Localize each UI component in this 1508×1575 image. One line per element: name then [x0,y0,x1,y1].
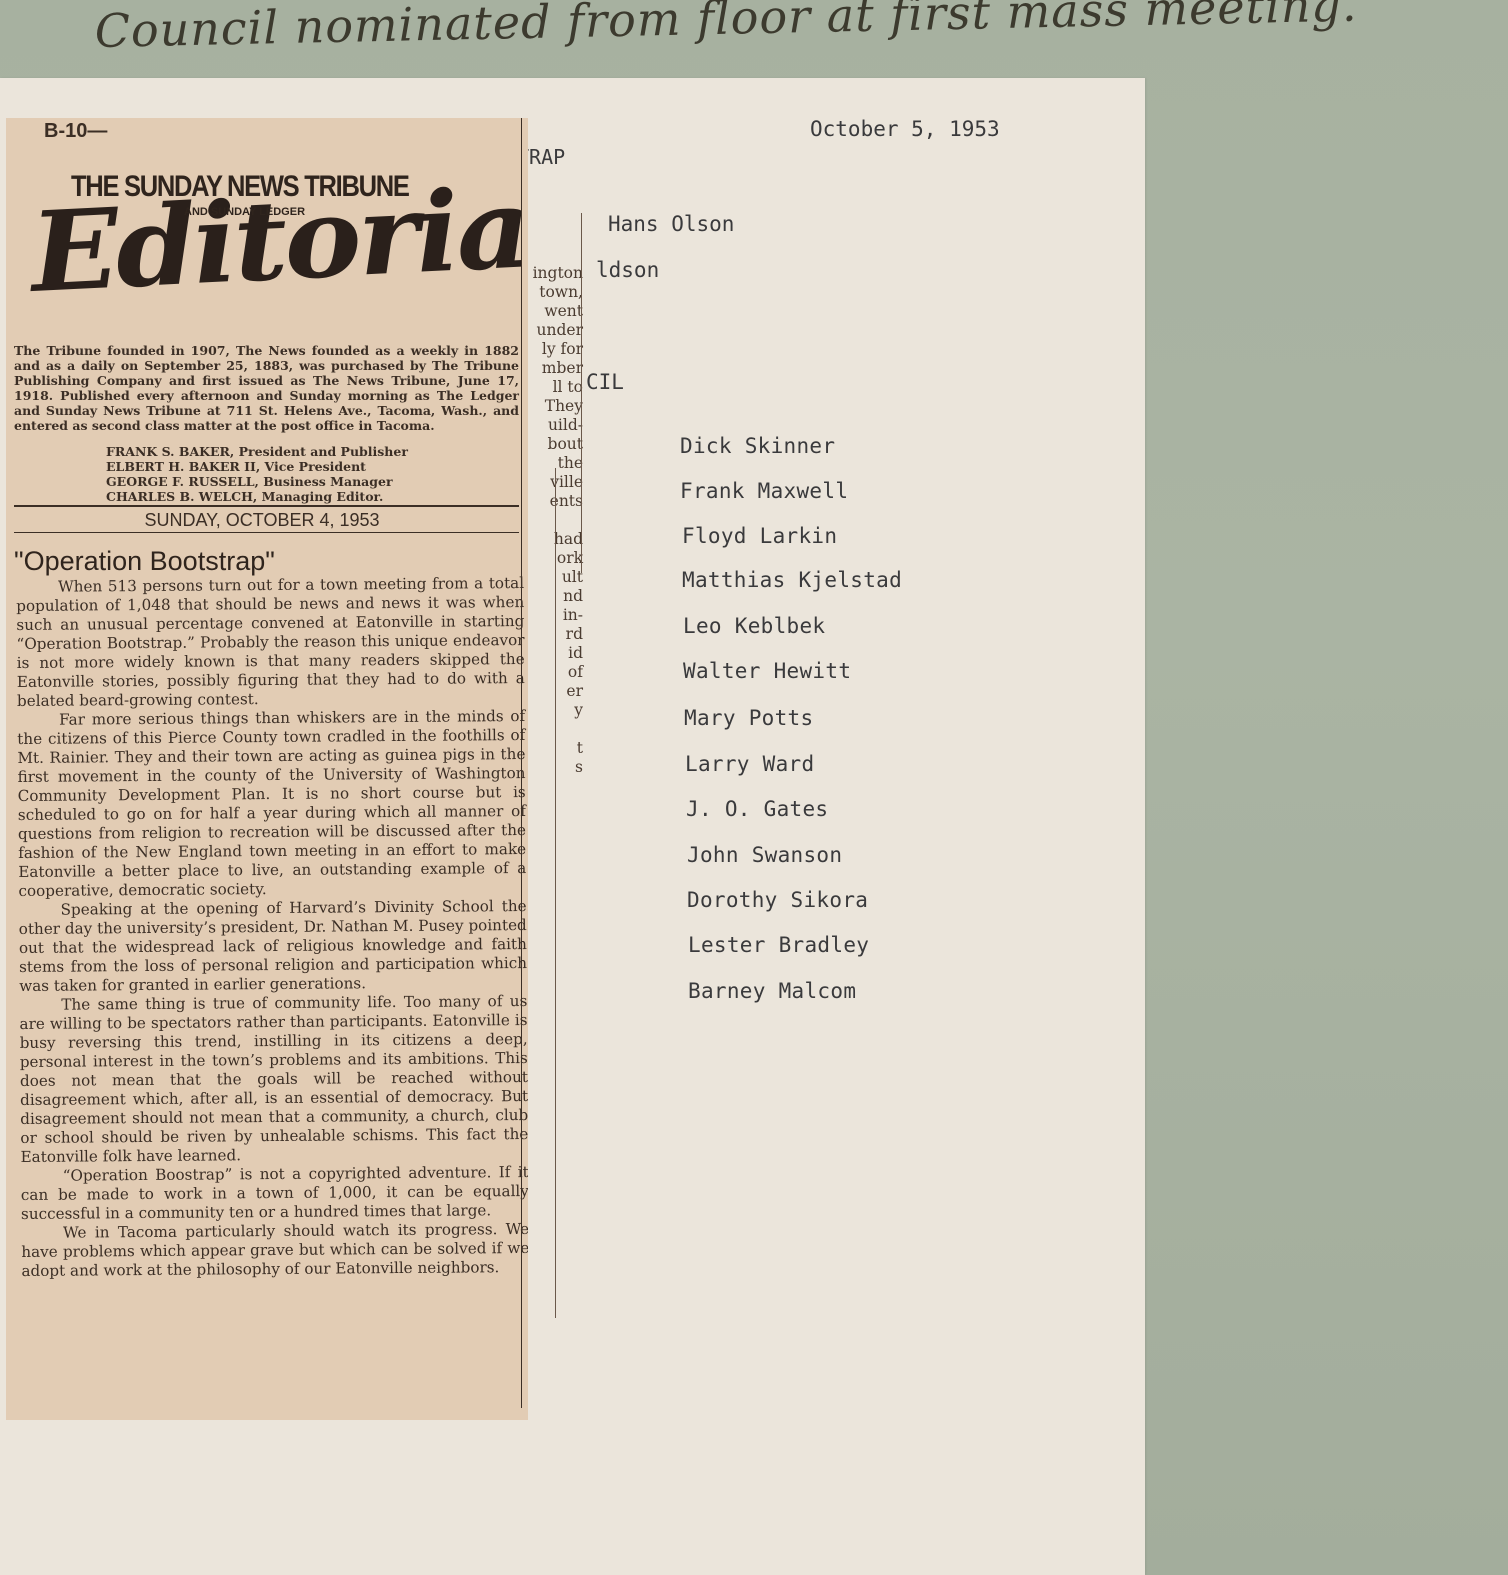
adjacent-fragment [533,853,583,872]
staff-line: ELBERT H. BAKER II, Vice President [106,459,408,474]
adjacent-fragment [533,834,583,853]
adjacent-fragment: They [533,397,583,416]
adjacent-fragment: in- [533,606,583,625]
column-rule [521,118,522,1408]
council-name: Leo Keblbek [683,614,825,638]
paragraph: We in Tacoma particularly should watch i… [21,1220,528,1281]
adjacent-fragment: uild- [533,416,583,435]
adjacent-fragment: ll to [533,378,583,397]
adjacent-fragment: ville [533,473,583,492]
adjacent-column-fragments: ingtontown,wentunderly formberll toTheyu… [517,118,597,1318]
adjacent-fragment [533,511,583,530]
council-name: J. O. Gates [686,797,828,821]
council-name: Larry Ward [685,752,814,776]
council-name: Lester Bradley [688,933,869,957]
dateline: SUNDAY, OCTOBER 4, 1953 [6,510,518,531]
adjacent-fragment: y [533,701,583,720]
adjacent-fragment [533,796,583,815]
council-name: Frank Maxwell [680,479,848,503]
adjacent-column-text: ingtontown,wentunderly formberll toTheyu… [533,264,583,929]
adjacent-fragment: went [533,302,583,321]
adjacent-fragment [533,815,583,834]
adjacent-fragment [533,720,583,739]
adjacent-fragment [533,910,583,929]
adjacent-fragment: under [533,321,583,340]
typed-partial-line: Hans Olson [608,212,734,236]
council-name: Floyd Larkin [682,524,837,548]
page-number: B-10— [44,120,107,143]
staff-line: GEORGE F. RUSSELL, Business Manager [106,474,408,489]
paragraph: Far more serious things than whiskers ar… [17,707,526,901]
adjacent-fragment: nd [533,587,583,606]
adjacent-fragment: had [533,530,583,549]
divider [14,505,519,507]
adjacent-fragment: ult [533,568,583,587]
adjacent-fragment: bout [533,435,583,454]
column-rule [555,468,556,1318]
adjacent-fragment: s [533,758,583,777]
adjacent-fragment: er [533,682,583,701]
adjacent-fragment: ly for [533,340,583,359]
typed-date: October 5, 1953 [810,117,1000,141]
paragraph: Speaking at the opening of Harvard’s Div… [19,897,528,996]
adjacent-fragment: rd [533,625,583,644]
adjacent-fragment: of [533,663,583,682]
adjacent-fragment: town, [533,283,583,302]
adjacent-fragment [533,891,583,910]
paragraph: When 513 persons turn out for a town mee… [16,574,525,711]
adjacent-fragment: the [533,454,583,473]
masthead-subtitle: AND SUNDAY LEDGER [184,206,305,218]
adjacent-fragment: ents [533,492,583,511]
staff-line: CHARLES B. WELCH, Managing Editor. [106,489,408,504]
adjacent-fragment: ork [533,549,583,568]
staff-line: FRANK S. BAKER, President and Publisher [106,444,408,459]
staff-list: FRANK S. BAKER, President and Publisher … [106,444,408,504]
adjacent-fragment [533,777,583,796]
council-name: Dorothy Sikora [687,888,868,912]
council-name: Dick Skinner [680,434,835,458]
column-rule [581,213,582,573]
adjacent-fragment [533,872,583,891]
divider [14,532,519,533]
publication-info: The Tribune founded in 1907, The News fo… [14,343,519,433]
typed-partial-line: ldson [596,258,659,282]
masthead: THE SUNDAY NEWS TRIBUNE [71,170,409,204]
newspaper-clipping: B-10— Editorial THE SUNDAY NEWS TRIBUNE … [6,118,528,1420]
council-name: Matthias Kjelstad [682,568,902,592]
editorial-headline: "Operation Bootstrap" [14,546,275,577]
council-name: Barney Malcom [688,979,856,1003]
adjacent-fragment: id [533,644,583,663]
council-name: Mary Potts [684,706,813,730]
adjacent-fragment: mber [533,359,583,378]
paragraph: The same thing is true of community life… [19,992,528,1167]
editorial-body: When 513 persons turn out for a town mee… [16,574,528,1281]
paragraph: “Operation Boostrap” is not a copyrighte… [21,1163,528,1224]
adjacent-fragment: t [533,739,583,758]
adjacent-fragment: ington [533,264,583,283]
council-name: Walter Hewitt [683,659,851,683]
council-name: John Swanson [687,843,842,867]
